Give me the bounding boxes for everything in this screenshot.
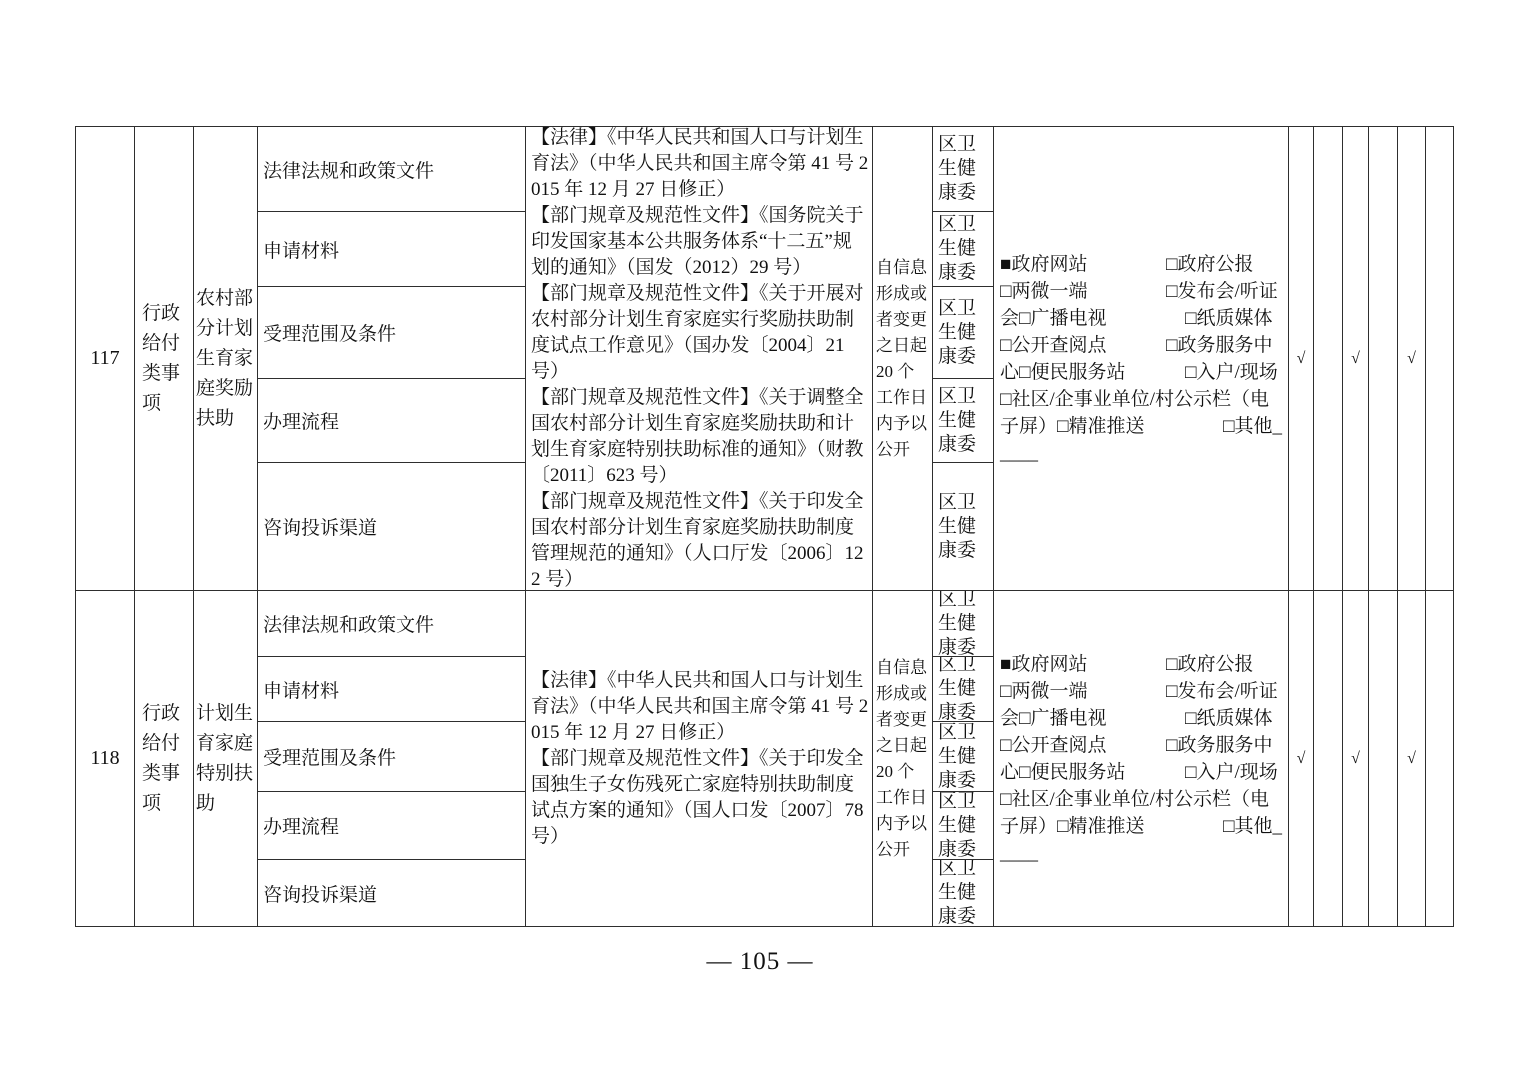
- legal-basis-paragraph: 【部门规章及规范性文件】《关于印发全国独生子女伤残死亡家庭特别扶助制度试点方案的…: [531, 746, 870, 850]
- department-cell: 区卫生健康委: [933, 379, 994, 463]
- disclosure-items-table: 117 行政给付类事项 农村部分计划生育家庭奖励扶助 法律法规和政策文件 申请材…: [75, 126, 1454, 927]
- department-cell: 区卫生健康委: [933, 860, 994, 927]
- check-mark-cell: [1314, 127, 1343, 591]
- record-category: 行政给付类事项: [135, 127, 194, 591]
- legal-basis-cell: 【法律】《中华人民共和国人口与计划生育法》（中华人民共和国主席令第 41 号 2…: [526, 127, 873, 591]
- check-mark-cell: [1369, 127, 1398, 591]
- channel-option: □广播电视: [1019, 705, 1185, 732]
- channel-list: ■政府网站□政府公报□两微一端□发布会/听证会□广播电视□纸质媒体□公开查阅点□…: [1000, 251, 1282, 467]
- legal-basis-paragraph: 【部门规章及规范性文件】《国务院关于印发国家基本公共服务体系“十二五”规划的通知…: [531, 203, 870, 281]
- department-cell: 区卫生健康委: [933, 792, 994, 860]
- table-record: 117 行政给付类事项 农村部分计划生育家庭奖励扶助 法律法规和政策文件 申请材…: [76, 127, 1454, 591]
- channel-list: ■政府网站□政府公报□两微一端□发布会/听证会□广播电视□纸质媒体□公开查阅点□…: [1000, 651, 1282, 867]
- channels-cell: ■政府网站□政府公报□两微一端□发布会/听证会□广播电视□纸质媒体□公开查阅点□…: [994, 591, 1289, 927]
- channel-option: □入户/现场: [1185, 362, 1278, 383]
- channel-option: □政府公报: [1166, 254, 1253, 275]
- sub-item-label: 受理范围及条件: [258, 722, 526, 792]
- legal-basis-paragraph: 【部门规章及规范性文件】《关于调整全国农村部分计划生育家庭奖励扶助和计划生育家庭…: [531, 385, 870, 489]
- legal-basis-paragraph: 【部门规章及规范性文件】《关于开展对农村部分计划生育家庭实行奖励扶助制度试点工作…: [531, 281, 870, 385]
- channel-option: □广播电视: [1019, 305, 1185, 332]
- record-number: 118: [76, 591, 135, 927]
- check-mark-cell: [1314, 591, 1343, 927]
- legal-basis-paragraph: 【法律】《中华人民共和国人口与计划生育法》（中华人民共和国主席令第 41 号 2…: [531, 127, 870, 203]
- channel-option: □两微一端: [1000, 278, 1166, 305]
- record-item-name: 农村部分计划生育家庭奖励扶助: [194, 127, 258, 591]
- check-mark-cell: [1369, 591, 1398, 927]
- channel-option: □纸质媒体: [1185, 308, 1272, 329]
- legal-basis-paragraph: 【部门规章及规范性文件】《关于印发全国农村部分计划生育家庭奖励扶助制度管理规范的…: [531, 489, 870, 592]
- channel-option: □精准推送: [1057, 413, 1223, 440]
- check-mark-cell: √: [1289, 591, 1314, 927]
- sub-item-label: 办理流程: [258, 792, 526, 860]
- department-cell: 区卫生健康委: [933, 722, 994, 792]
- department-cell: 区卫生健康委: [933, 127, 994, 212]
- check-mark-cell: √: [1398, 591, 1426, 927]
- channel-option: □入户/现场: [1185, 762, 1278, 783]
- channel-option: □纸质媒体: [1185, 708, 1272, 729]
- page-number: — 105 —: [0, 948, 1520, 976]
- sub-item-label: 受理范围及条件: [258, 287, 526, 379]
- sub-item-label: 申请材料: [258, 212, 526, 287]
- department-cell: 区卫生健康委: [933, 591, 994, 657]
- legal-basis-paragraph: 【法律】《中华人民共和国人口与计划生育法》（中华人民共和国主席令第 41 号 2…: [531, 668, 870, 746]
- table-record: 118 行政给付类事项 计划生育家庭特别扶助 法律法规和政策文件 申请材料 受理…: [76, 591, 1454, 927]
- check-mark-cell: [1426, 127, 1454, 591]
- sub-item-label: 申请材料: [258, 657, 526, 722]
- check-mark-cell: √: [1343, 127, 1369, 591]
- check-mark-cell: [1426, 591, 1454, 927]
- channels-cell: ■政府网站□政府公报□两微一端□发布会/听证会□广播电视□纸质媒体□公开查阅点□…: [994, 127, 1289, 591]
- channel-option: ■政府网站: [1000, 651, 1166, 678]
- channel-option: □便民服务站: [1019, 759, 1185, 786]
- record-item-name: 计划生育家庭特别扶助: [194, 591, 258, 927]
- time-limit-cell: 自信息形成或者变更之日起 20 个工作日内予以公开: [873, 591, 933, 927]
- time-limit-cell: 自信息形成或者变更之日起 20 个工作日内予以公开: [873, 127, 933, 591]
- check-mark-cell: √: [1343, 591, 1369, 927]
- check-mark-cell: √: [1289, 127, 1314, 591]
- channel-option: □便民服务站: [1019, 359, 1185, 386]
- channel-option: □精准推送: [1057, 813, 1223, 840]
- department-cell: 区卫生健康委: [933, 657, 994, 722]
- sub-item-label: 办理流程: [258, 379, 526, 463]
- record-category: 行政给付类事项: [135, 591, 194, 927]
- record-number: 117: [76, 127, 135, 591]
- sub-item-label: 法律法规和政策文件: [258, 591, 526, 657]
- sub-item-label: 咨询投诉渠道: [258, 463, 526, 591]
- channel-option: □公开查阅点: [1000, 732, 1166, 759]
- department-cell: 区卫生健康委: [933, 463, 994, 591]
- department-cell: 区卫生健康委: [933, 287, 994, 379]
- channel-option: □两微一端: [1000, 678, 1166, 705]
- channel-option: □公开查阅点: [1000, 332, 1166, 359]
- sub-item-label: 法律法规和政策文件: [258, 127, 526, 212]
- check-mark-cell: √: [1398, 127, 1426, 591]
- legal-basis-cell: 【法律】《中华人民共和国人口与计划生育法》（中华人民共和国主席令第 41 号 2…: [526, 591, 873, 927]
- channel-option: ■政府网站: [1000, 251, 1166, 278]
- sub-item-label: 咨询投诉渠道: [258, 860, 526, 927]
- channel-option: □政府公报: [1166, 654, 1253, 675]
- department-cell: 区卫生健康委: [933, 212, 994, 287]
